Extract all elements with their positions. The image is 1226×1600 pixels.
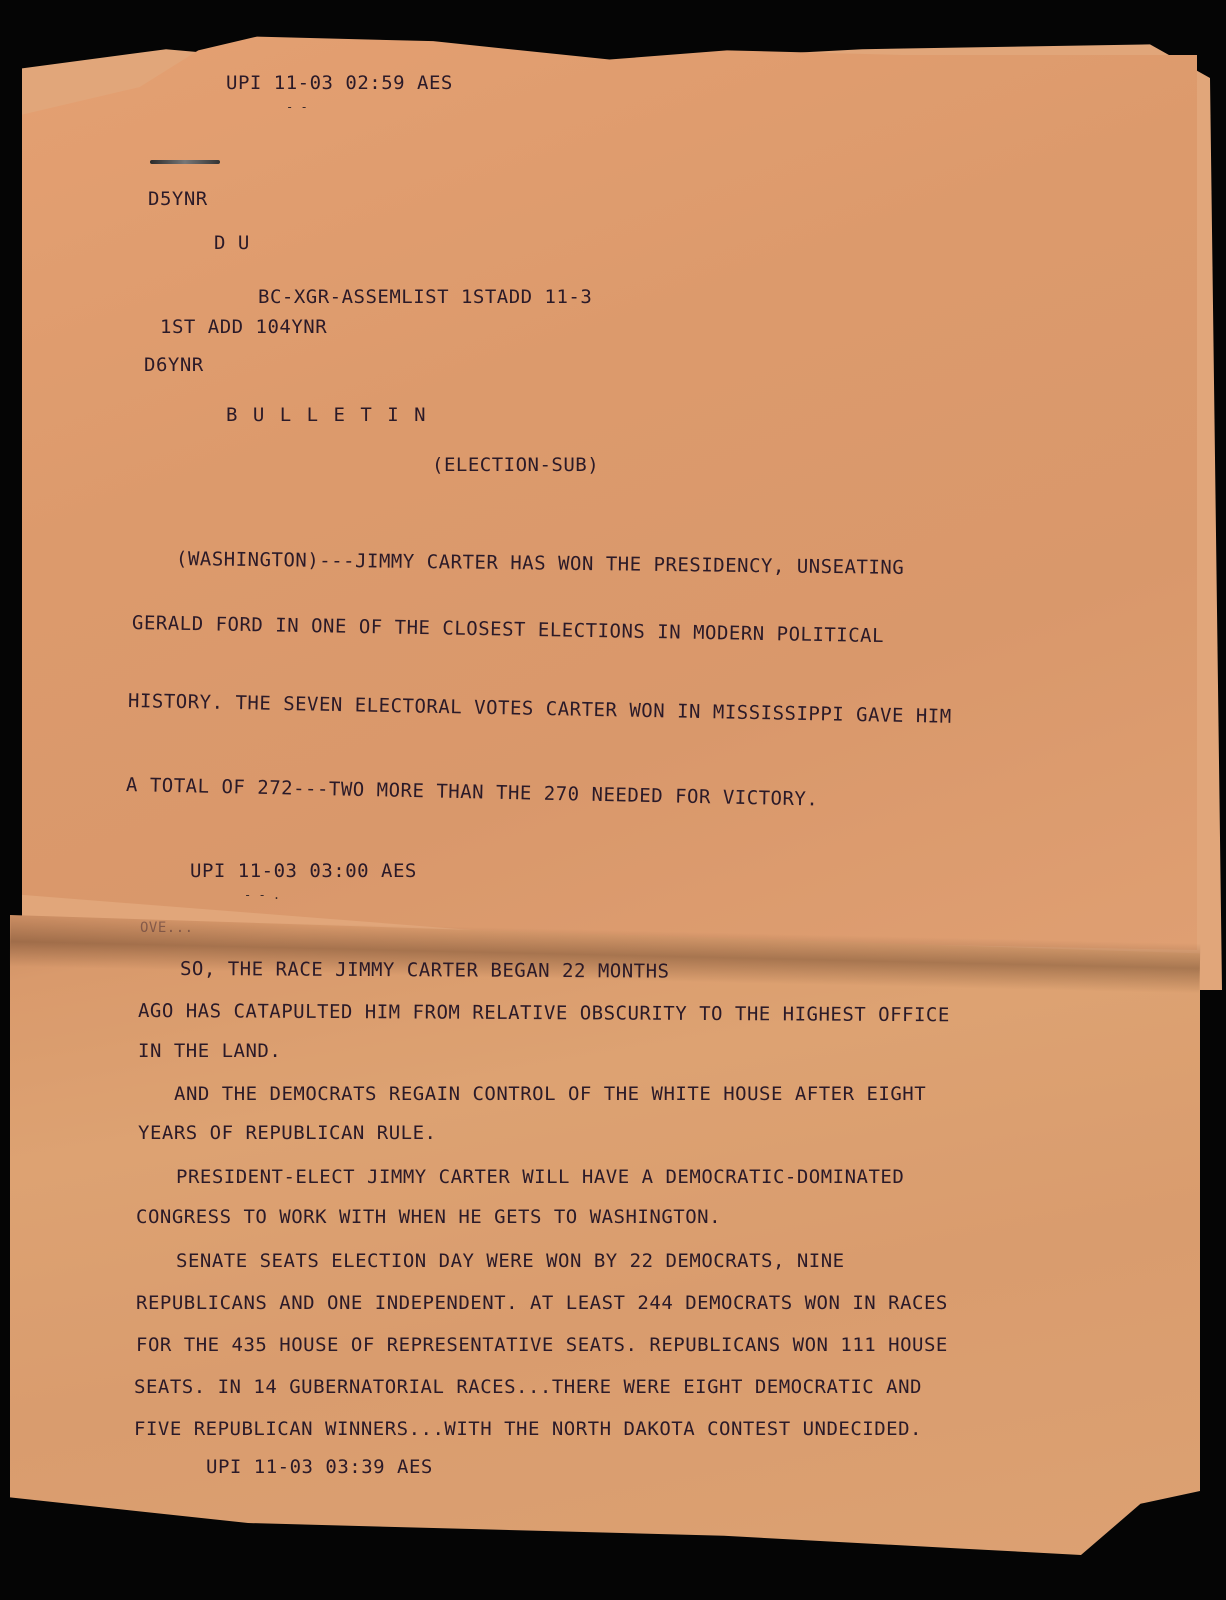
top-paper-sheet <box>22 32 1197 950</box>
story-line-1: SO, THE RACE JIMMY CARTER BEGAN 22 MONTH… <box>180 958 670 983</box>
routing-code-2: D U <box>214 232 250 254</box>
routing-code-3: D6YNR <box>144 354 204 376</box>
subject-line: (ELECTION-SUB) <box>432 454 599 476</box>
staple-icon <box>150 160 220 164</box>
slug-bottom: UPI 11-03 03:39 AES <box>206 1456 433 1478</box>
story-line-5: YEARS OF REPUBLICAN RULE. <box>138 1122 436 1144</box>
story-line-9: REPUBLICANS AND ONE INDEPENDENT. AT LEAS… <box>136 1292 948 1314</box>
story-line-12: FIVE REPUBLICAN WINNERS...WITH THE NORTH… <box>134 1418 922 1440</box>
story-line-10: FOR THE 435 HOUSE OF REPRESENTATIVE SEAT… <box>136 1334 948 1356</box>
torn-fragment: OVE... <box>140 920 194 936</box>
routing-code-1: D5YNR <box>148 188 208 210</box>
slug-top: UPI 11-03 02:59 AES <box>226 72 453 94</box>
bulletin-heading: B U L L E T I N <box>226 404 428 426</box>
story-line-11: SEATS. IN 14 GUBERNATORIAL RACES...THERE… <box>134 1376 922 1398</box>
slug-middle: UPI 11-03 03:00 AES <box>190 860 417 882</box>
ticker-marks: - - <box>286 100 308 114</box>
story-line-7: CONGRESS TO WORK WITH WHEN HE GETS TO WA… <box>136 1206 721 1228</box>
story-line-8: SENATE SEATS ELECTION DAY WERE WON BY 22… <box>176 1250 845 1272</box>
story-line-3: IN THE LAND. <box>138 1040 281 1062</box>
add-line: 1ST ADD 104YNR <box>160 316 327 338</box>
ticker-marks: - - . <box>244 888 280 902</box>
story-line-4: AND THE DEMOCRATS REGAIN CONTROL OF THE … <box>174 1083 926 1105</box>
story-line-2: AGO HAS CATAPULTED HIM FROM RELATIVE OBS… <box>138 1000 950 1026</box>
story-line-6: PRESIDENT-ELECT JIMMY CARTER WILL HAVE A… <box>176 1166 904 1188</box>
slugline: BC-XGR-ASSEMLIST 1STADD 11-3 <box>258 286 592 308</box>
